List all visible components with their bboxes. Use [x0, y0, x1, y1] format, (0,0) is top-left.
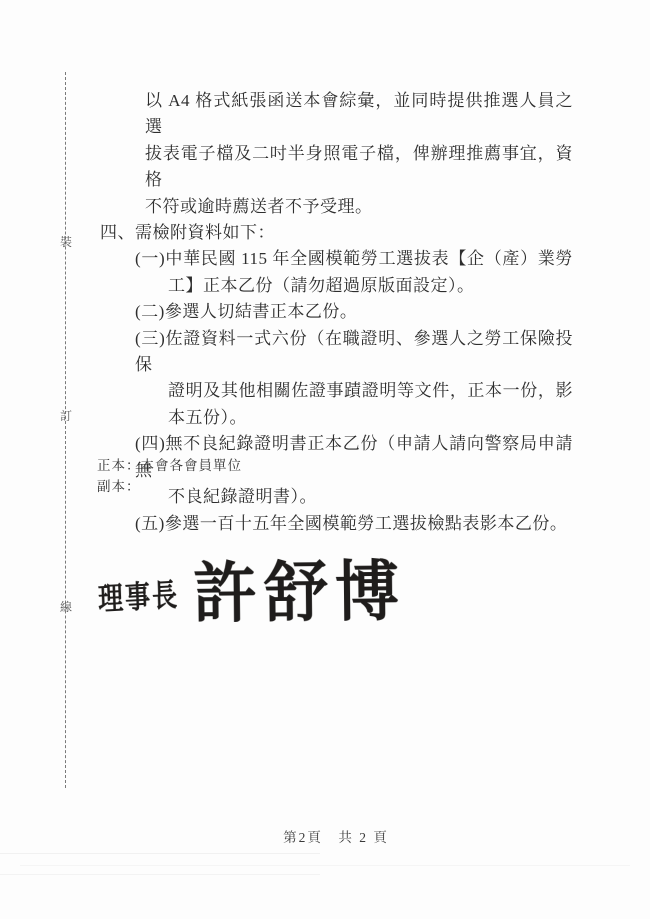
distribution-copy: 副本： — [97, 476, 242, 497]
signature-title: 理事長 — [97, 571, 180, 620]
list-item-3-line-2: 證明及其他相關佐證事蹟證明等文件，正本一份，影 — [168, 378, 573, 404]
scan-artifact — [0, 874, 320, 875]
scan-artifact — [0, 853, 320, 854]
paragraph-line: 拔表電子檔及二吋半身照電子檔，俾辦理推薦事宜，資格 — [145, 141, 573, 194]
list-item-2: (二)參選人切結書正本乙份。 — [135, 299, 650, 325]
scan-artifact — [20, 865, 630, 866]
signature-name: 許舒博 — [193, 556, 407, 632]
distribution-block: 正本：本會各會員單位 副本： — [97, 455, 242, 497]
paragraph-line: 以 A4 格式紙張函送本會綜彙，並同時提供推選人員之選 — [145, 88, 573, 141]
distribution-original: 正本：本會各會員單位 — [97, 455, 242, 476]
binding-mark-xian: 線 — [58, 601, 74, 614]
list-item-1-line-2: 工】正本乙份（請勿超過原版面設定）。 — [168, 273, 650, 299]
list-item-3-line-3: 本五份）。 — [168, 405, 650, 431]
scanned-document-page: 裝 訂 線 以 A4 格式紙張函送本會綜彙，並同時提供推選人員之選 拔表電子檔及… — [0, 0, 650, 919]
signature-block: 理事長 許舒博 — [98, 556, 407, 631]
section-heading: 四、需檢附資料如下： — [100, 220, 650, 246]
list-item-3-line-1: (三)佐證資料一式六份（在職證明、參選人之勞工保險投保 — [135, 326, 573, 379]
paragraph-line: 不符或逾時薦送者不予受理。 — [145, 194, 650, 220]
page-number-footer: 第2頁 共 2 頁 — [0, 826, 650, 846]
list-item-1-line-1: (一)中華民國 115 年全國模範勞工選拔表【企（產）業勞 — [135, 246, 573, 272]
list-item-5: (五)參選一百十五年全國模範勞工選拔檢點表影本乙份。 — [135, 511, 650, 537]
